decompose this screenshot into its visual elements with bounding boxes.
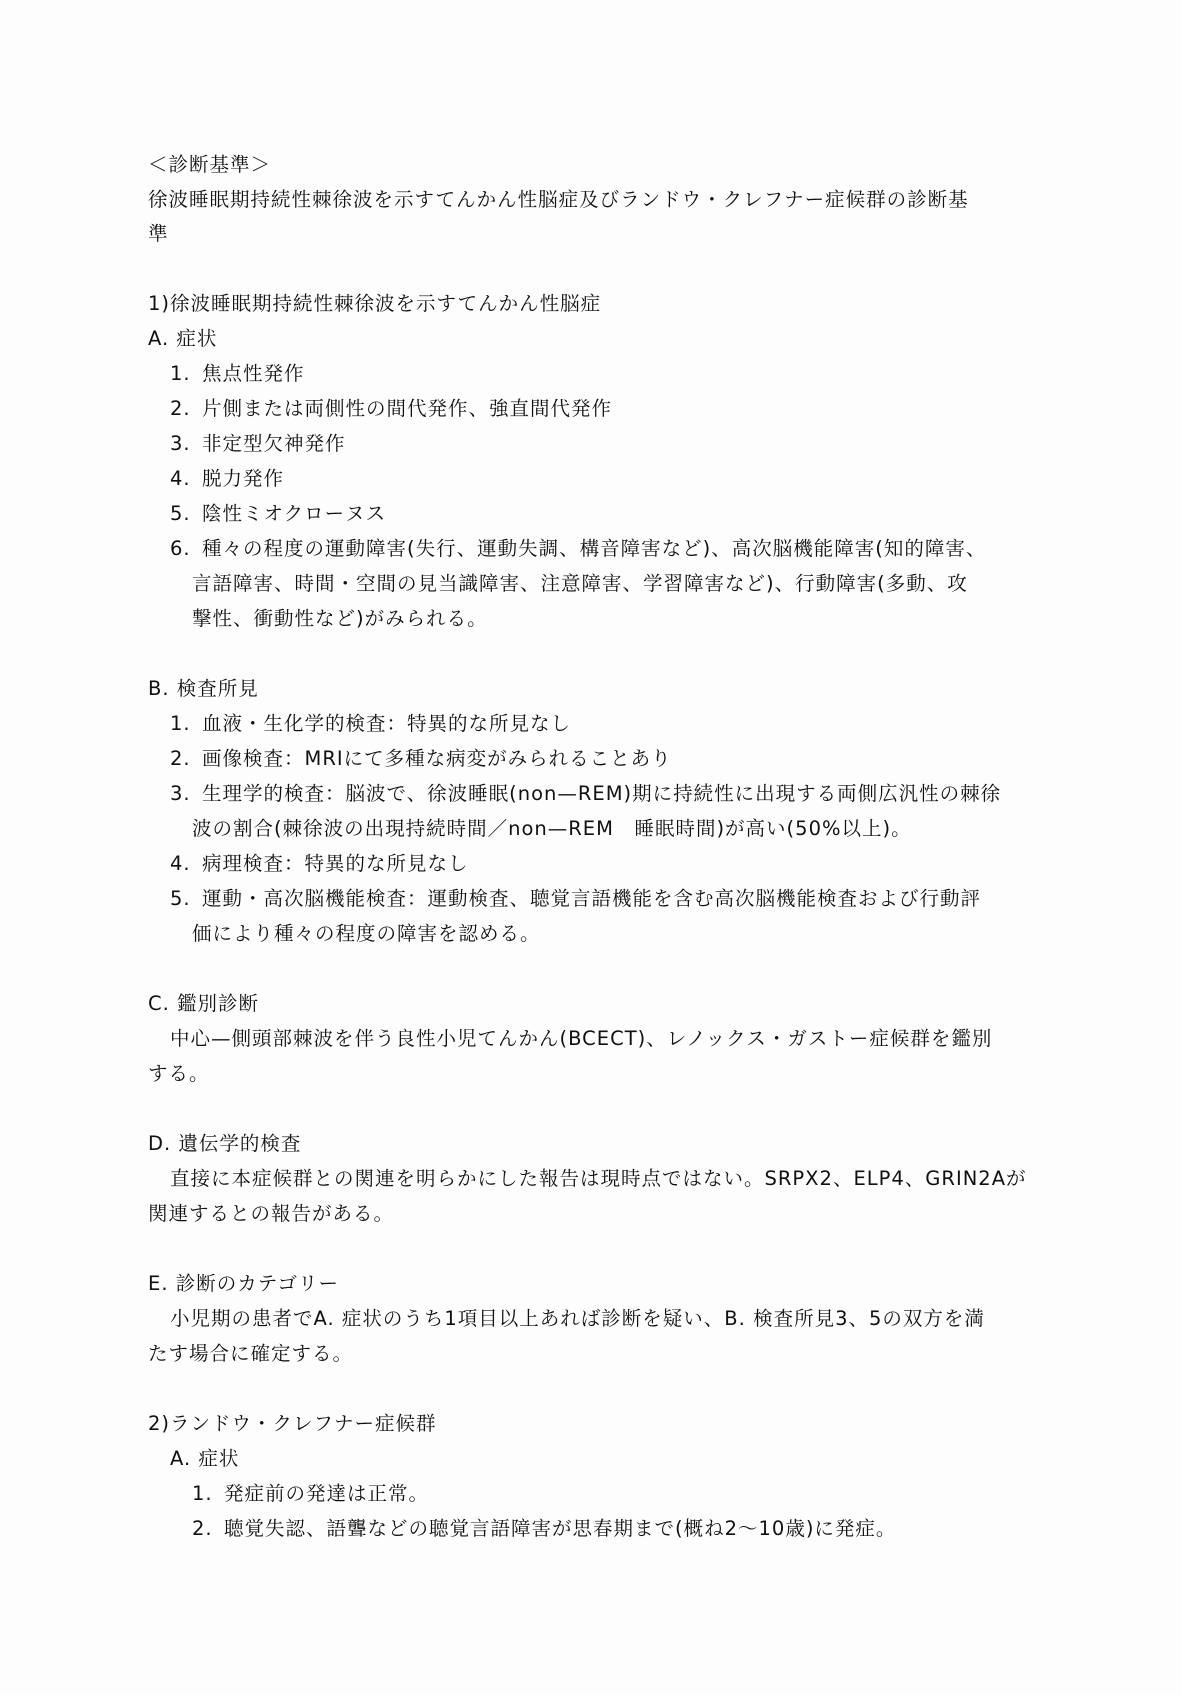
section1-title: 1)徐波睡眠期持続性棘徐波を示すてんかん性脳症 <box>148 292 601 316</box>
paragraph-line: 中心—側頭部棘波を伴う良性小児てんかん(BCECT)、レノックス・ガストー症候群… <box>170 1027 992 1051</box>
item-text: 血液・生化学的検査：特異的な所見なし <box>202 712 571 735</box>
list-item-cont: 言語障害、時間・空間の見当識障害、注意障害、学習障害など)、行動障害(多動、攻 <box>192 572 968 596</box>
list-item: 1.発症前の発達は正常。 <box>192 1482 429 1506</box>
list-item: 3.生理学的検査：脳波で、徐波睡眠(non—REM)期に持続性に出現する両側広汎… <box>170 782 1001 806</box>
list-item: 3.非定型欠神発作 <box>170 432 346 456</box>
item-text: 片側または両側性の間代発作、強直間代発作 <box>202 397 612 420</box>
item-number: 1. <box>192 1482 224 1506</box>
item-number: 3. <box>170 432 202 456</box>
list-item: 5.陰性ミオクローヌス <box>170 502 386 526</box>
paragraph-line: たす場合に確定する。 <box>148 1342 353 1366</box>
list-item: 5.運動・高次脳機能検査：運動検査、聴覚言語機能を含む高次脳機能検査および行動評 <box>170 887 981 911</box>
item-text: 運動・高次脳機能検査：運動検査、聴覚言語機能を含む高次脳機能検査および行動評 <box>202 887 981 910</box>
item-text: 焦点性発作 <box>202 362 305 385</box>
paragraph-line: 関連するとの報告がある。 <box>148 1202 394 1226</box>
section2-title: 2)ランドウ・クレフナー症候群 <box>148 1412 437 1436</box>
item-text: 生理学的検査：脳波で、徐波睡眠(non—REM)期に持続性に出現する両側広汎性の… <box>202 782 1001 805</box>
item-text: 非定型欠神発作 <box>202 432 346 455</box>
item-text: 脱力発作 <box>202 467 284 490</box>
item-number: 1. <box>170 362 202 386</box>
item-number: 6. <box>170 537 202 561</box>
item-number: 2. <box>170 397 202 421</box>
item-number: 1. <box>170 712 202 736</box>
list-item-cont: 価により種々の程度の障害を認める。 <box>192 922 541 946</box>
list-item: 6.種々の程度の運動障害(失行、運動失調、構音障害など)、高次脳機能障害(知的障… <box>170 537 986 561</box>
list-item: 2.片側または両側性の間代発作、強直間代発作 <box>170 397 612 421</box>
list-item: 2.聴覚失認、語聾などの聴覚言語障害が思春期まで(概ね2～10歳)に発症。 <box>192 1517 896 1541</box>
section1-a-title: A. 症状 <box>148 327 217 351</box>
section1-d-title: D. 遺伝学的検査 <box>148 1132 301 1156</box>
paragraph-line: 直接に本症候群との関連を明らかにした報告は現時点ではない。SRPX2、ELP4、… <box>170 1167 1027 1191</box>
section1-c-title: C. 鑑別診断 <box>148 992 259 1016</box>
paragraph-line: する。 <box>148 1062 210 1086</box>
list-item-cont: 波の割合(棘徐波の出現持続時間／non—REM 睡眠時間)が高い(50%以上)。 <box>192 817 912 841</box>
item-number: 5. <box>170 502 202 526</box>
section1-e-title: E. 診断のカテゴリー <box>148 1272 339 1296</box>
list-item: 4.病理検査：特異的な所見なし <box>170 852 469 876</box>
item-number: 2. <box>192 1517 224 1541</box>
item-number: 4. <box>170 852 202 876</box>
document-title: 徐波睡眠期持続性棘徐波を示すてんかん性脳症及びランドウ・クレフナー症候群の診断基 <box>148 188 969 212</box>
section1-b-title: B. 検査所見 <box>148 677 259 701</box>
list-item: 4.脱力発作 <box>170 467 284 491</box>
item-text: 種々の程度の運動障害(失行、運動失調、構音障害など)、高次脳機能障害(知的障害、 <box>202 537 986 560</box>
item-number: 2. <box>170 747 202 771</box>
paragraph-line: 小児期の患者でA. 症状のうち1項目以上あれば診断を疑い、B. 検査所見3、5の… <box>170 1307 985 1331</box>
item-number: 3. <box>170 782 202 806</box>
item-text: 病理検査：特異的な所見なし <box>202 852 469 875</box>
item-text: 画像検査：MRIにて多種な病変がみられることあり <box>202 747 672 770</box>
list-item: 1.血液・生化学的検査：特異的な所見なし <box>170 712 571 736</box>
item-text: 聴覚失認、語聾などの聴覚言語障害が思春期まで(概ね2～10歳)に発症。 <box>224 1517 896 1540</box>
list-item: 2.画像検査：MRIにて多種な病変がみられることあり <box>170 747 672 771</box>
item-text: 発症前の発達は正常。 <box>224 1482 429 1505</box>
item-number: 5. <box>170 887 202 911</box>
item-number: 4. <box>170 467 202 491</box>
section-heading: ＜診断基準＞ <box>148 153 271 177</box>
list-item-cont: 撃性、衝動性など)がみられる。 <box>192 607 488 631</box>
list-item: 1.焦点性発作 <box>170 362 305 386</box>
item-text: 陰性ミオクローヌス <box>202 502 386 525</box>
section2-a-title: A. 症状 <box>170 1447 239 1471</box>
document-title-cont: 準 <box>148 222 169 246</box>
